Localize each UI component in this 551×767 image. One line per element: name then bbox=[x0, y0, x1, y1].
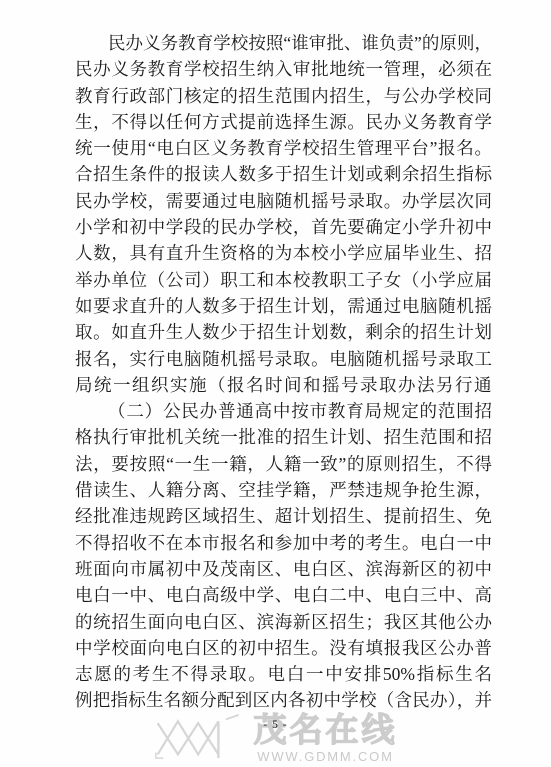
text-line-8: 小学和初中学段的民办学校，首先要确定小学升初中直升生 bbox=[75, 214, 492, 240]
page-number: - 5 - bbox=[263, 719, 287, 731]
text-line-15: （二）公民办普通高中按市教育局规定的范围招生，严 bbox=[75, 398, 492, 424]
text-line-14: 局统一组织实施（报名时间和摇号录取办法另行通知）。 bbox=[75, 372, 492, 398]
text-line-10: 举办单位（公司）职工和本校教职工子女（小学应届毕业）。 bbox=[75, 267, 492, 293]
text-line-11: 如要求直升的人数多于招生计划，需通过电脑随机摇号录 bbox=[75, 293, 492, 319]
text-line-7: 民办学校，需要通过电脑随机摇号录取。办学层次同时包括 bbox=[75, 188, 492, 214]
watermark-logo-icon bbox=[154, 712, 246, 765]
text-line-20: 不得招收不在本市报名和参加中考的考生。电白一中的特色 bbox=[75, 530, 492, 556]
text-line-24: 中学校面向电白区的初中招生。没有填报我区公办普通高中 bbox=[75, 635, 492, 661]
text-line-2: 民办义务教育学校招生纳入审批地统一管理，必须在审批地 bbox=[75, 56, 492, 82]
text-line-1: 民办义务教育学校按照“谁审批、谁负责”的原则，将 bbox=[75, 30, 492, 56]
text-line-23: 的统招生面向电白区、滨海新区招生；我区其他公办普通高 bbox=[75, 609, 492, 635]
document-page: 民办义务教育学校按照“谁审批、谁负责”的原则，将民办义务教育学校招生纳入审批地统… bbox=[0, 0, 551, 767]
text-line-13: 报名，实行电脑随机摇号录取。电脑随机摇号录取工作由我 bbox=[75, 346, 492, 372]
text-line-17: 法，要按照“一生一籍，人籍一致”的原则招生，不得招收 bbox=[75, 451, 492, 477]
text-line-22: 电白一中、电白高级中学、电白二中、电白三中、高新中学 bbox=[75, 582, 492, 608]
text-line-3: 教育行政部门核定的招生范围内招生，与公办学校同步招 bbox=[75, 83, 492, 109]
document-body: 民办义务教育学校按照“谁审批、谁负责”的原则，将民办义务教育学校招生纳入审批地统… bbox=[75, 30, 492, 714]
text-line-12: 取。如直升生人数少于招生计划数，剩余的招生计划要公开 bbox=[75, 319, 492, 345]
text-line-9: 人数，具有直升生资格的为本校小学应届毕业生、招生学校 bbox=[75, 240, 492, 266]
text-line-5: 统一使用“电白区义务教育学校招生管理平台”报名。对符 bbox=[75, 135, 492, 161]
text-line-21: 班面向市属初中及茂南区、电白区、滨海新区的初中招生； bbox=[75, 556, 492, 582]
text-line-18: 借读生、人籍分离、空挂学籍，严禁违规争抢生源，严禁未 bbox=[75, 477, 492, 503]
text-line-25: 志愿的考生不得录取。电白一中安排50%指标生名额，按比 bbox=[75, 661, 492, 687]
text-line-19: 经批准违规跨区域招生、超计划招生、提前招生、免试招生， bbox=[75, 503, 492, 529]
text-line-6: 合招生条件的报读人数多于招生计划或剩余招生指标数的 bbox=[75, 161, 492, 187]
text-line-16: 格执行审批机关统一批准的招生计划、招生范围和招生办 bbox=[75, 424, 492, 450]
watermark-site-url: WWW.GDMM.COM bbox=[257, 750, 393, 763]
text-line-4: 生，不得以任何方式提前选择生源。民办义务教育学校招生 bbox=[75, 109, 492, 135]
